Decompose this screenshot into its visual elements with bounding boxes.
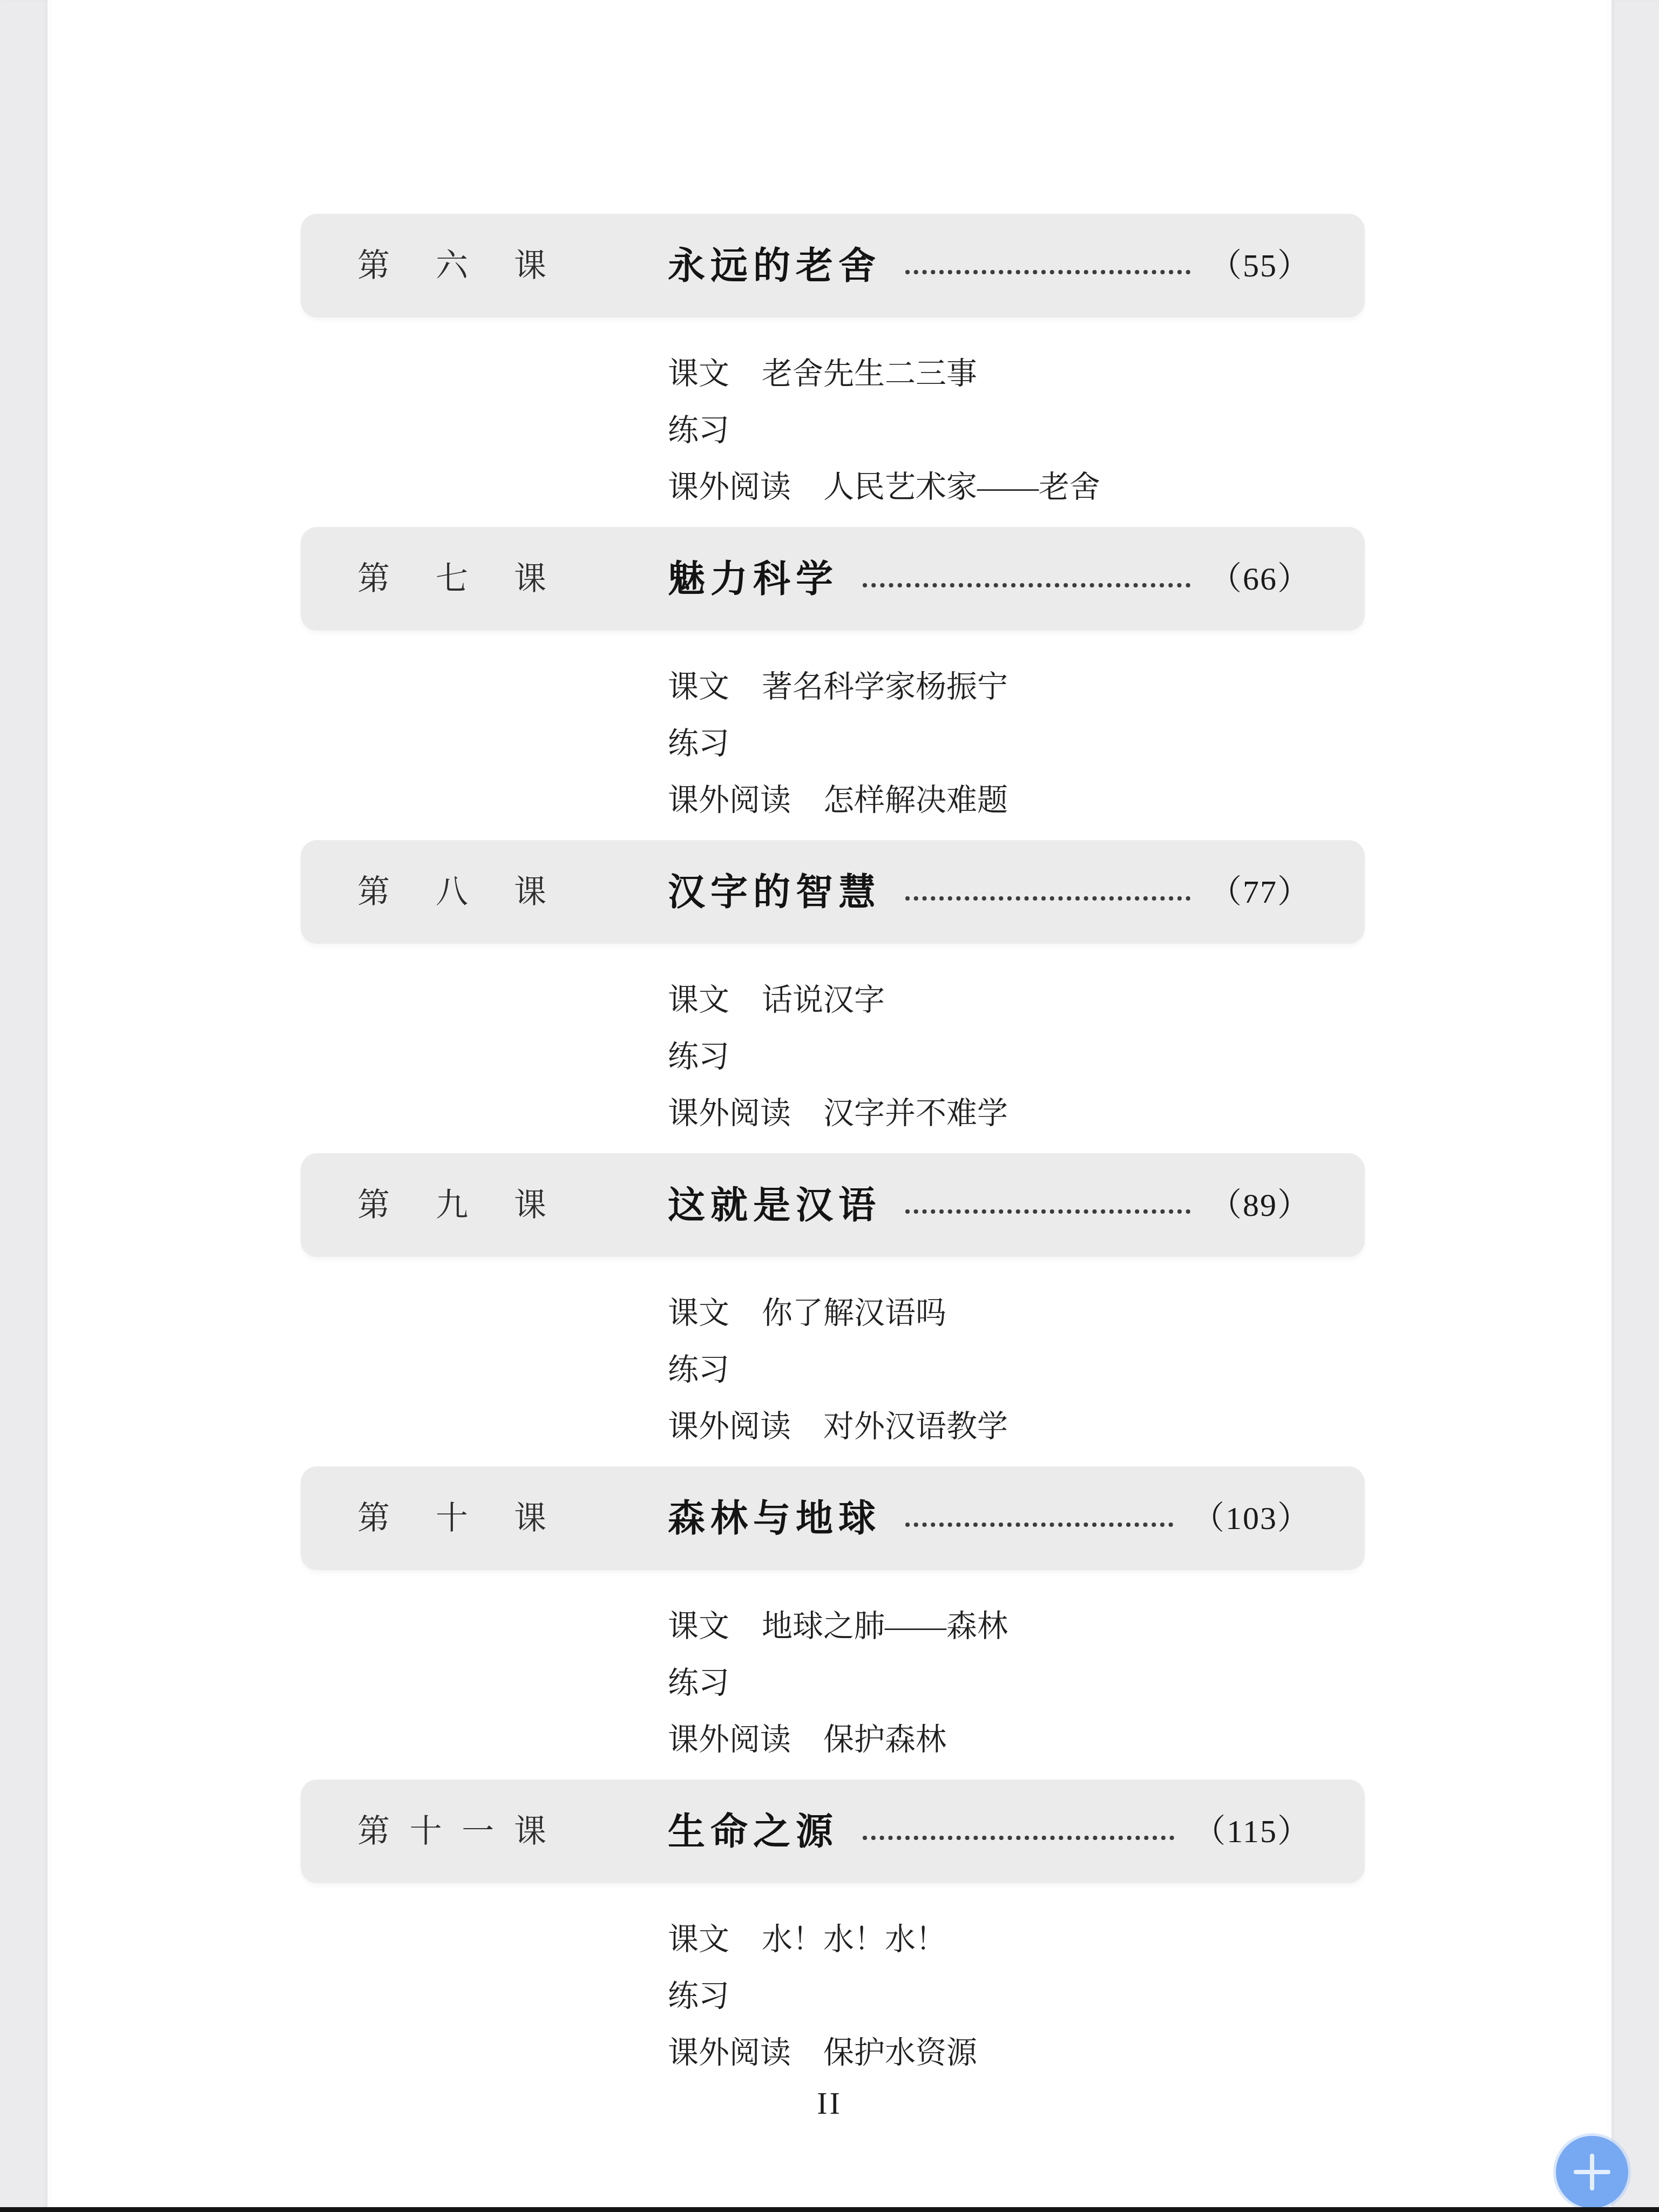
toc-subitem: 课文老舍先生二三事	[668, 346, 1365, 402]
subitem-type-label: 课文	[668, 972, 729, 1029]
screen-bottom-border	[0, 2207, 1659, 2212]
toc-subitem: 课文地球之肺——森林	[668, 1598, 1365, 1655]
toc-subitem: 练习	[668, 402, 1365, 459]
toc-subitem: 练习	[668, 1968, 1365, 2025]
book-page: 第六课 永远的老舍 （55） 课文老舍先生二三事 练习 课外阅读人民艺术家——老…	[52, 0, 1607, 2212]
subitem-title: 人民艺术家——老舍	[823, 459, 1100, 516]
lesson-page-number: （55）	[1209, 249, 1311, 282]
toc-subitem: 练习	[668, 1655, 1365, 1712]
table-of-contents: 第六课 永远的老舍 （55） 课文老舍先生二三事 练习 课外阅读人民艺术家——老…	[52, 214, 1607, 2093]
subitem-type-label: 课外阅读	[668, 1398, 791, 1455]
lesson-page-number: （89）	[1209, 1189, 1311, 1221]
subitem-title: 话说汉字	[762, 972, 885, 1029]
subitem-type-label: 练习	[668, 1029, 729, 1085]
lesson-number: 第九课	[357, 1189, 546, 1221]
lesson-number: 第十课	[357, 1502, 546, 1534]
lesson-title: 汉字的智慧	[668, 874, 881, 911]
subitem-type-label: 练习	[668, 715, 729, 772]
lesson-number: 第八课	[357, 876, 546, 908]
toc-subitem: 课外阅读怎样解决难题	[668, 772, 1365, 829]
toc-subitem: 练习	[668, 715, 1365, 772]
toc-entry: 第十一课 生命之源 （115） 课文水！水！水！ 练习 课外阅读保护水资源	[301, 1780, 1365, 2081]
subitem-title: 地球之肺——森林	[762, 1598, 1008, 1655]
dotted-leader	[905, 270, 1190, 274]
toc-entry: 第九课 这就是汉语 （89） 课文你了解汉语吗 练习 课外阅读对外汉语教学	[301, 1153, 1365, 1455]
toc-entry: 第十课 森林与地球 （103） 课文地球之肺——森林 练习 课外阅读保护森林	[301, 1466, 1365, 1768]
toc-subitem: 课外阅读汉字并不难学	[668, 1085, 1365, 1142]
subitem-type-label: 练习	[668, 402, 729, 459]
subitem-type-label: 课外阅读	[668, 1085, 791, 1142]
subitem-title: 保护森林	[823, 1712, 946, 1768]
lesson-header-bar[interactable]: 第十课 森林与地球 （103）	[301, 1466, 1365, 1570]
toc-entry: 第八课 汉字的智慧 （77） 课文话说汉字 练习 课外阅读汉字并不难学	[301, 840, 1365, 1142]
dotted-leader	[863, 1836, 1174, 1840]
subitem-type-label: 课文	[668, 1598, 729, 1655]
subitem-title: 著名科学家杨振宁	[762, 659, 1008, 715]
toc-subitem: 练习	[668, 1342, 1365, 1398]
plus-icon	[1590, 2154, 1594, 2190]
subitem-type-label: 练习	[668, 1655, 729, 1712]
toc-entry: 第七课 魅力科学 （66） 课文著名科学家杨振宁 练习 课外阅读怎样解决难题	[301, 527, 1365, 829]
subitem-type-label: 练习	[668, 1968, 729, 2025]
toc-subitem: 课外阅读保护森林	[668, 1712, 1365, 1768]
subitem-title: 汉字并不难学	[823, 1085, 1008, 1142]
subitem-type-label: 课外阅读	[668, 1712, 791, 1768]
adjacent-page-edge-right	[1607, 0, 1659, 2212]
page-folio: II	[52, 2085, 1607, 2121]
lesson-header-bar[interactable]: 第十一课 生命之源 （115）	[301, 1780, 1365, 1883]
subitem-type-label: 课文	[668, 659, 729, 715]
lesson-title: 永远的老舍	[668, 247, 881, 285]
toc-subitem: 练习	[668, 1029, 1365, 1085]
lesson-title: 魅力科学	[668, 560, 838, 598]
lesson-header-bar[interactable]: 第七课 魅力科学 （66）	[301, 527, 1365, 631]
lesson-title: 森林与地球	[668, 1500, 881, 1537]
toc-subitem: 课文著名科学家杨振宁	[668, 659, 1365, 715]
toc-subitem: 课文话说汉字	[668, 972, 1365, 1029]
lesson-header-bar[interactable]: 第六课 永远的老舍 （55）	[301, 214, 1365, 317]
lesson-subitems: 课文老舍先生二三事 练习 课外阅读人民艺术家——老舍	[668, 317, 1365, 516]
lesson-subitems: 课文水！水！水！ 练习 课外阅读保护水资源	[668, 1883, 1365, 2081]
toc-subitem: 课外阅读保护水资源	[668, 2025, 1365, 2081]
dotted-leader	[905, 1209, 1190, 1214]
lesson-subitems: 课文你了解汉语吗 练习 课外阅读对外汉语教学	[668, 1257, 1365, 1455]
lesson-subitems: 课文地球之肺——森林 练习 课外阅读保护森林	[668, 1570, 1365, 1768]
subitem-type-label: 课文	[668, 1911, 729, 1968]
lesson-subitems: 课文著名科学家杨振宁 练习 课外阅读怎样解决难题	[668, 631, 1365, 829]
lesson-page-number: （66）	[1209, 563, 1311, 595]
toc-entry: 第六课 永远的老舍 （55） 课文老舍先生二三事 练习 课外阅读人民艺术家——老…	[301, 214, 1365, 516]
lesson-title: 这就是汉语	[668, 1187, 881, 1224]
subitem-title: 你了解汉语吗	[762, 1285, 946, 1342]
dotted-leader	[863, 583, 1190, 587]
subitem-type-label: 课文	[668, 346, 729, 402]
lesson-page-number: （115）	[1193, 1815, 1311, 1848]
toc-subitem: 课外阅读人民艺术家——老舍	[668, 459, 1365, 516]
lesson-subitems: 课文话说汉字 练习 课外阅读汉字并不难学	[668, 944, 1365, 1142]
dotted-leader	[905, 1523, 1173, 1527]
lesson-title: 生命之源	[668, 1813, 838, 1850]
subitem-type-label: 课外阅读	[668, 772, 791, 829]
subitem-title: 水！水！水！	[762, 1911, 946, 1968]
lesson-header-bar[interactable]: 第九课 这就是汉语 （89）	[301, 1153, 1365, 1257]
subitem-title: 怎样解决难题	[823, 772, 1008, 829]
subitem-type-label: 课文	[668, 1285, 729, 1342]
subitem-title: 保护水资源	[823, 2025, 977, 2081]
subitem-title: 老舍先生二三事	[762, 346, 977, 402]
dotted-leader	[905, 896, 1190, 901]
lesson-header-bar[interactable]: 第八课 汉字的智慧 （77）	[301, 840, 1365, 944]
adjacent-page-edge-left	[0, 0, 52, 2212]
lesson-number: 第六课	[357, 249, 546, 282]
floating-add-button[interactable]	[1556, 2136, 1628, 2208]
toc-subitem: 课外阅读对外汉语教学	[668, 1398, 1365, 1455]
lesson-number: 第十一课	[357, 1815, 546, 1848]
subitem-type-label: 课外阅读	[668, 459, 791, 516]
toc-subitem: 课文水！水！水！	[668, 1911, 1365, 1968]
lesson-page-number: （103）	[1192, 1502, 1311, 1534]
toc-subitem: 课文你了解汉语吗	[668, 1285, 1365, 1342]
lesson-number: 第七课	[357, 563, 546, 595]
subitem-title: 对外汉语教学	[823, 1398, 1008, 1455]
subitem-type-label: 练习	[668, 1342, 729, 1398]
lesson-page-number: （77）	[1209, 876, 1311, 908]
subitem-type-label: 课外阅读	[668, 2025, 791, 2081]
